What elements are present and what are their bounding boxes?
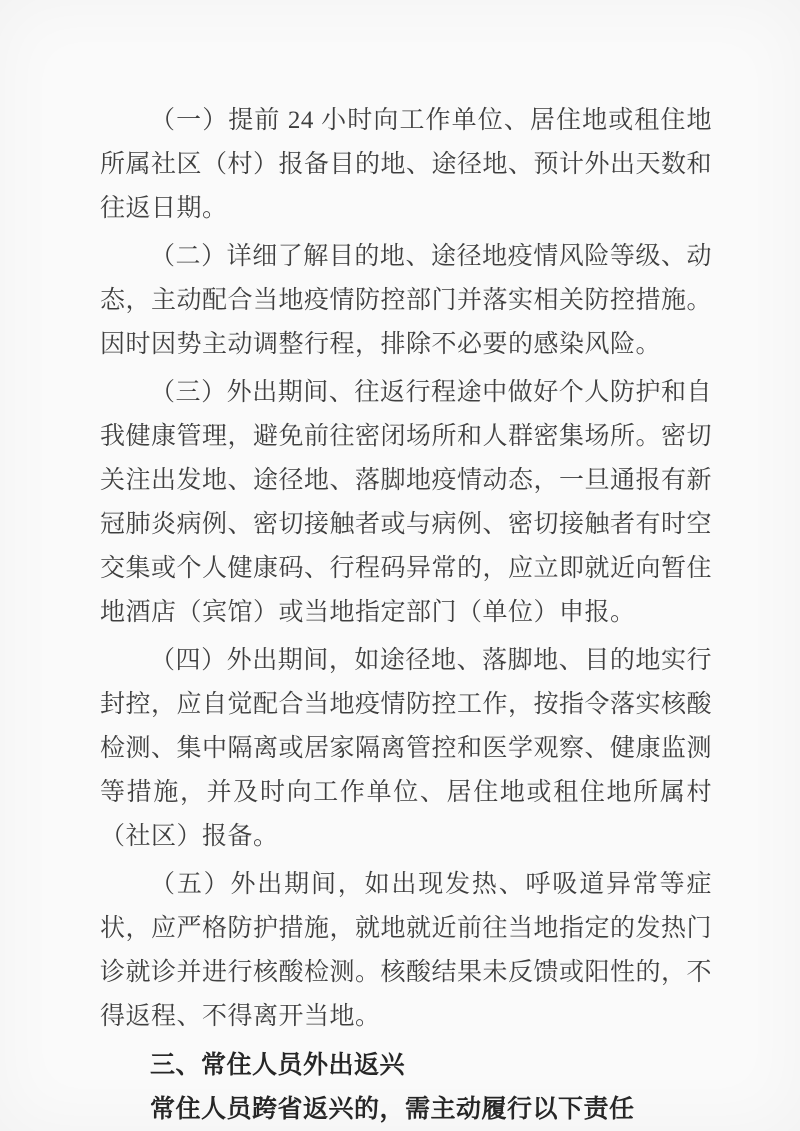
document-page: （一）提前 24 小时向工作单位、居住地或租住地所属社区（村）报备目的地、途径地… (0, 0, 800, 1131)
paragraph-item-3: （三）外出期间、往返行程途中做好个人防护和自我健康管理，避免前往密闭场所和人群密… (100, 371, 712, 635)
paragraph-item-1: （一）提前 24 小时向工作单位、居住地或租住地所属社区（村）报备目的地、途径地… (100, 99, 712, 231)
section-intro-line: 常住人员跨省返兴的，需主动履行以下责任 (100, 1087, 712, 1131)
paragraph-item-4: （四）外出期间，如途径地、落脚地、目的地实行封控，应自觉配合当地疫情防控工作，按… (100, 639, 712, 859)
paragraph-item-2: （二）详细了解目的地、途径地疫情风险等级、动态，主动配合当地疫情防控部门并落实相… (100, 235, 712, 367)
document-body: （一）提前 24 小时向工作单位、居住地或租住地所属社区（村）报备目的地、途径地… (0, 0, 800, 1131)
paragraph-item-5: （五）外出期间，如出现发热、呼吸道异常等症状，应严格防护措施，就地就近前往当地指… (100, 863, 712, 1039)
section-heading: 三、常住人员外出返兴 (100, 1043, 712, 1087)
